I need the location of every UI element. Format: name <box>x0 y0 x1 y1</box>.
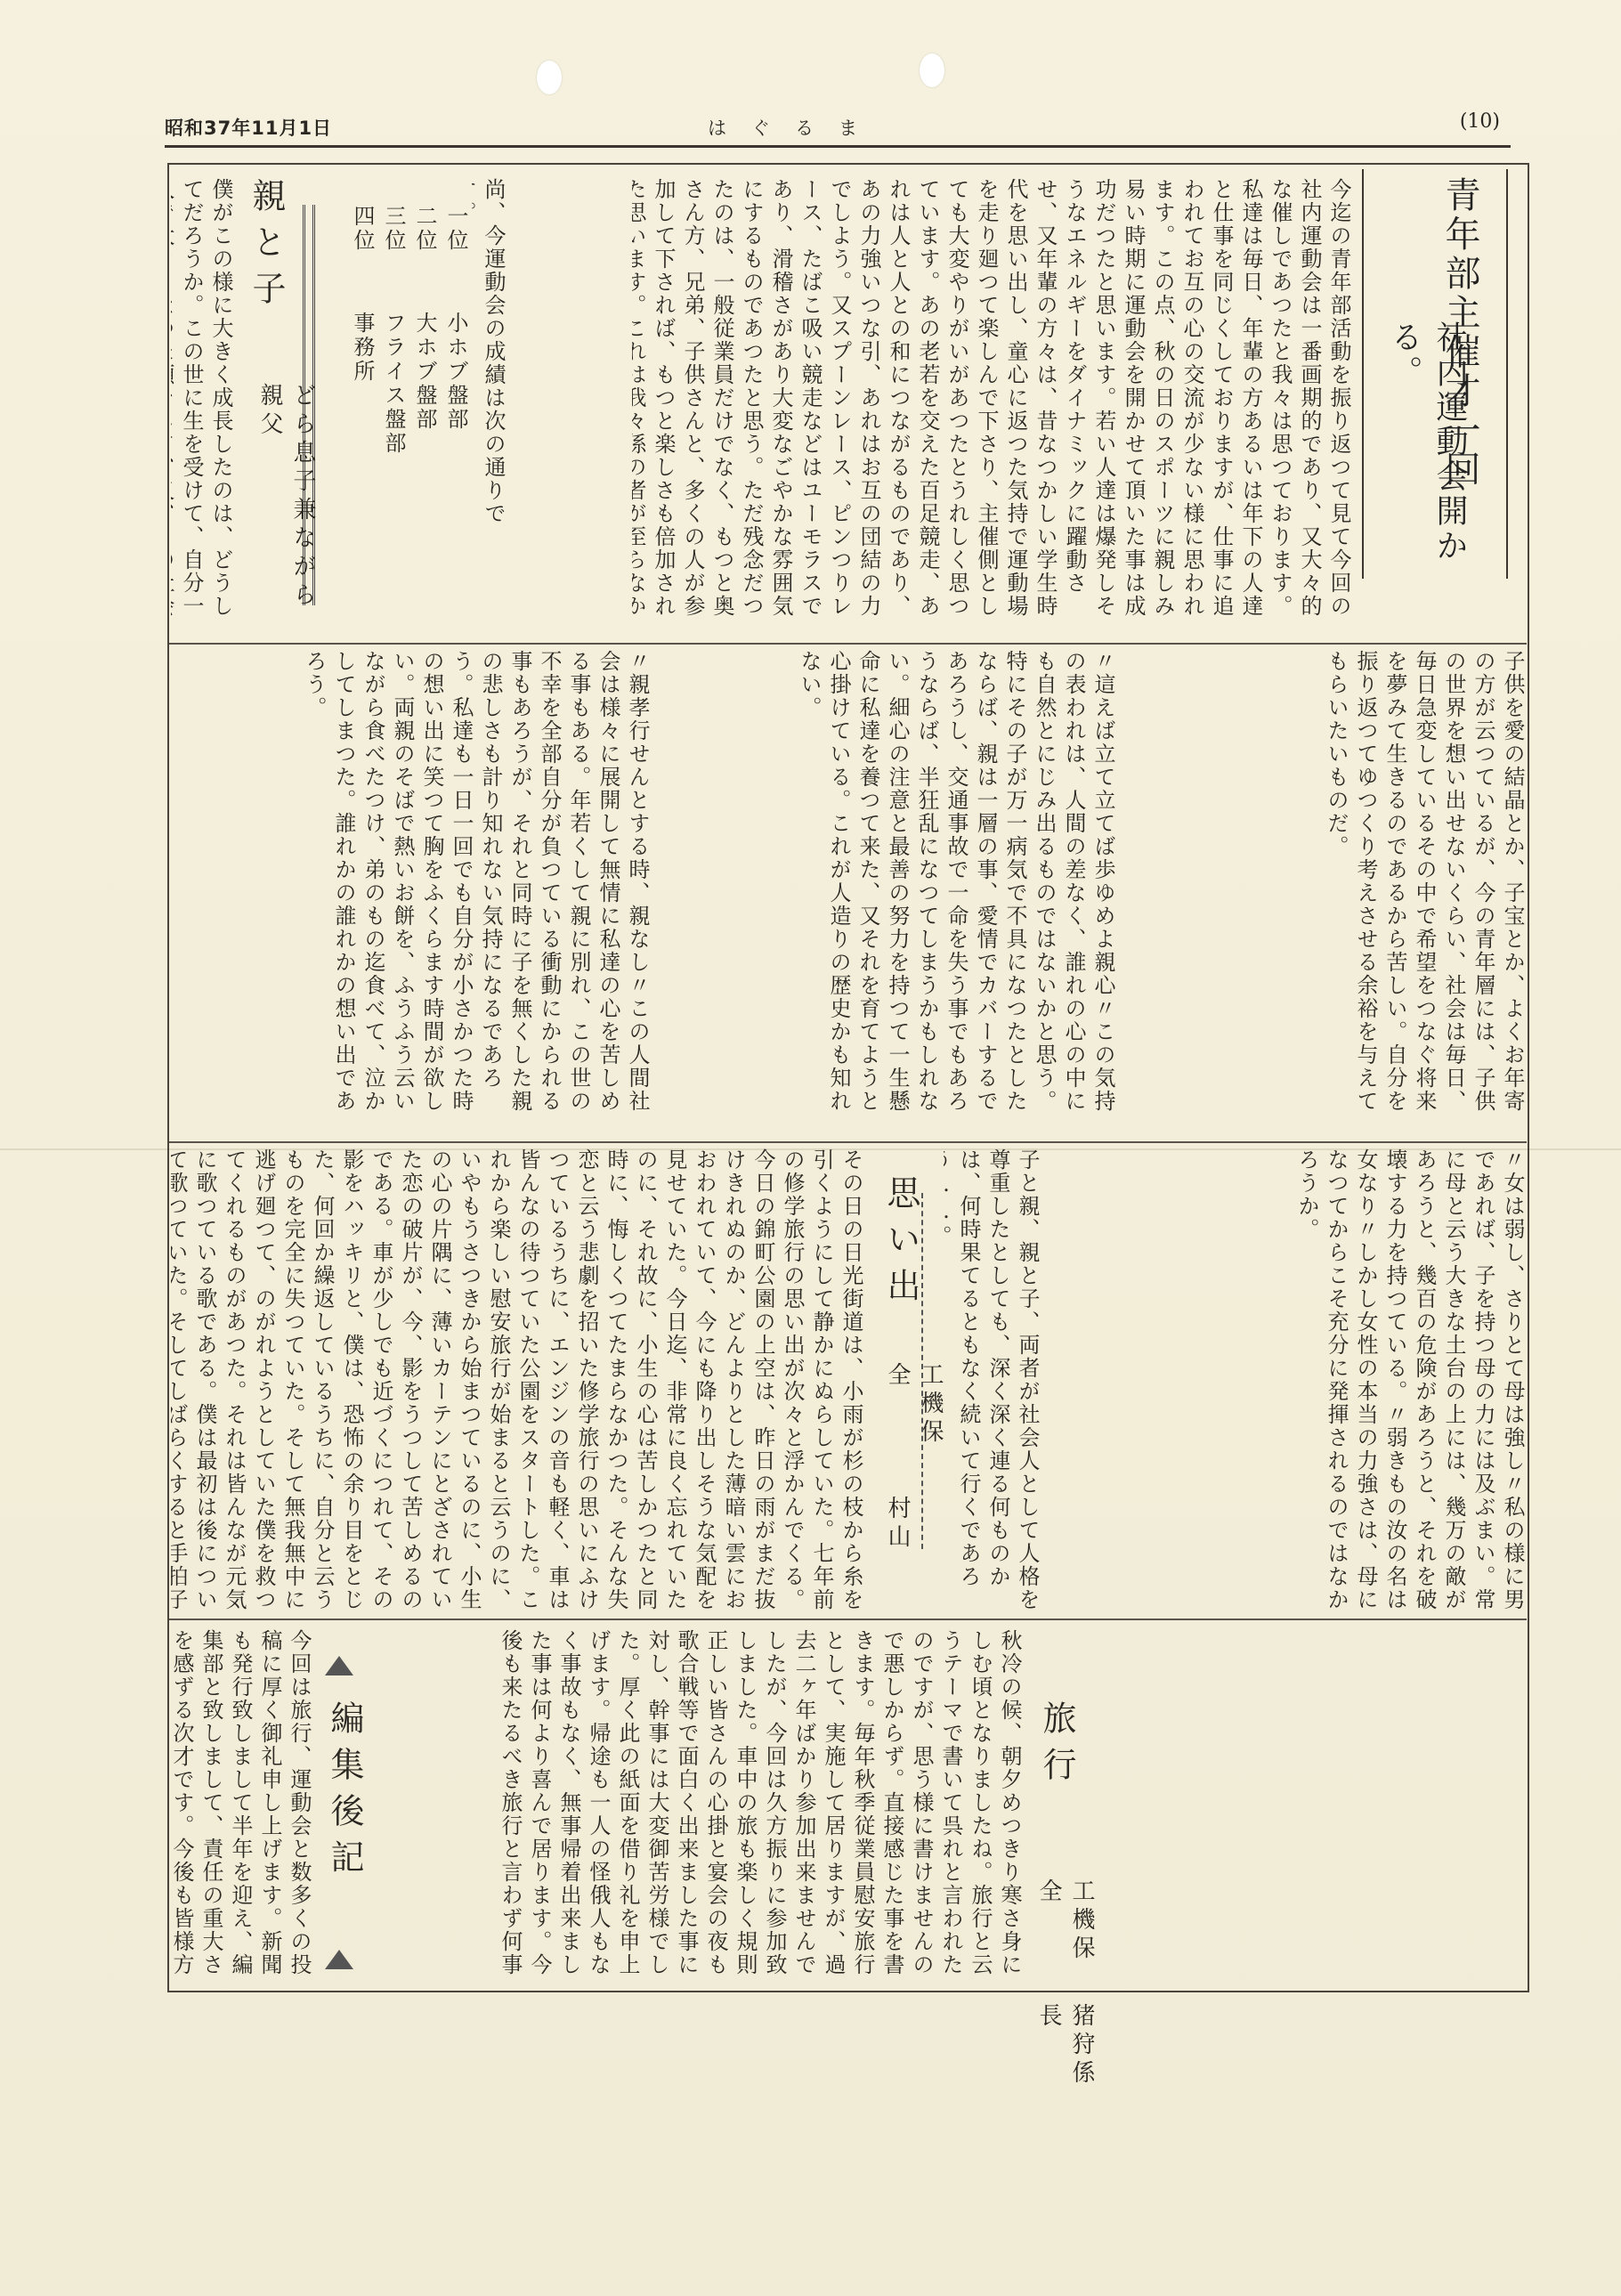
section-divider <box>169 1141 1527 1143</box>
triangle-ornament <box>325 1950 353 1969</box>
newsletter-title: はぐるま <box>708 114 882 141</box>
article-memory-author: 村山 <box>881 1496 914 1594</box>
masthead: 昭和37年11月1日 はぐるま (10) <box>165 114 1500 141</box>
results-intro: 尚、今運動会の成績は次の通りです。 <box>472 178 507 552</box>
article-parent-child-byline: どら息子兼ながら親父 <box>254 383 320 614</box>
bracket-divider <box>921 1193 928 1549</box>
article-travel-author: 猪狩係長 <box>1033 2003 1098 2110</box>
article-memory-title: 思い出 <box>877 1175 926 1353</box>
headline-box: 青年部主催才一回 社内運動会開かる。 <box>1362 169 1508 579</box>
article-parent-child-body-1: 僕がこの様に大きく成長したのは、どうしてだろうか。この世に生を受けて、自分一人で… <box>171 178 235 637</box>
article-parent-child-title: 親と子 <box>242 178 291 356</box>
masthead-rule <box>165 145 1511 148</box>
article-parent-child-body-9: 子と親、親と子、両者が社会人として人格を尊重したとしても、深く深く連る何ものかは… <box>944 1148 1041 1611</box>
article-parent-child-body-7: 〃女は弱し、さりとて母は強し〃私の様に男であれば、子を持つ母の力には及ぶまい。常… <box>1041 1148 1527 1611</box>
issue-date: 昭和37年11月1日 <box>165 114 332 141</box>
result-rank: 四位 <box>343 205 382 253</box>
results-list: 一位 小ホブ盤部 二位 大ホブ盤部 三位 フライス盤部 四位 事務所 <box>320 205 472 561</box>
section-divider <box>169 1619 1527 1620</box>
article-sports-day-body: 今迄の青年部活動を振り返つて見て今回の社内運動会は一番画期的であり、又大々的な催… <box>632 178 1353 637</box>
article-memory-dept: 工機保全 <box>881 1362 947 1460</box>
section-divider <box>169 643 1527 645</box>
article-parent-child-body-2: 子供を愛の結晶とか、子宝とか、よくお年寄の方が云つているが、今の青年層には、子供… <box>1122 650 1527 1135</box>
newsletter-page: 昭和37年11月1日 はぐるま (10) 青年部主催才一回 社内運動会開かる。 … <box>0 0 1621 2296</box>
article-parent-child-body-5: 〃親孝行せんとする時、親なし〃この人間社会は様々に展開して無情に私達の心を苦しめ… <box>171 650 652 1135</box>
result-team: 事務所 <box>343 312 382 384</box>
binder-hole <box>537 61 562 94</box>
article-travel-body: 秋冷の候、朝夕めつきり寒さ身にしむ頃となりましたね。旅行と云うテーマで書いて呉れ… <box>498 1629 1024 1985</box>
article-parent-child-body-3: 〃這えば立て立てば歩ゆめよ親心〃この気持の表われは、人間の差なく、誰れの心の中に… <box>654 650 1117 1135</box>
editors-note-title: 編集後記 <box>320 1700 369 1932</box>
binder-hole <box>920 53 944 87</box>
article-travel-dept: 工機保全 <box>1033 1878 1098 1985</box>
page-number: (10) <box>1460 110 1500 133</box>
article-memory-body: その日の日光街道は、小雨が杉の枝から糸を引くようにして静かにぬらしていた。七年前… <box>171 1148 865 1611</box>
article-travel-title: 旅行 <box>1033 1700 1082 1861</box>
headline-sub: 社内運動会開かる。 <box>1382 320 1472 579</box>
triangle-ornament <box>325 1656 353 1675</box>
editors-note-body: 今回は旅行、運動会と数多くの投稿に厚く御礼申し上げます。新聞も発行致しまして半年… <box>171 1629 313 1985</box>
